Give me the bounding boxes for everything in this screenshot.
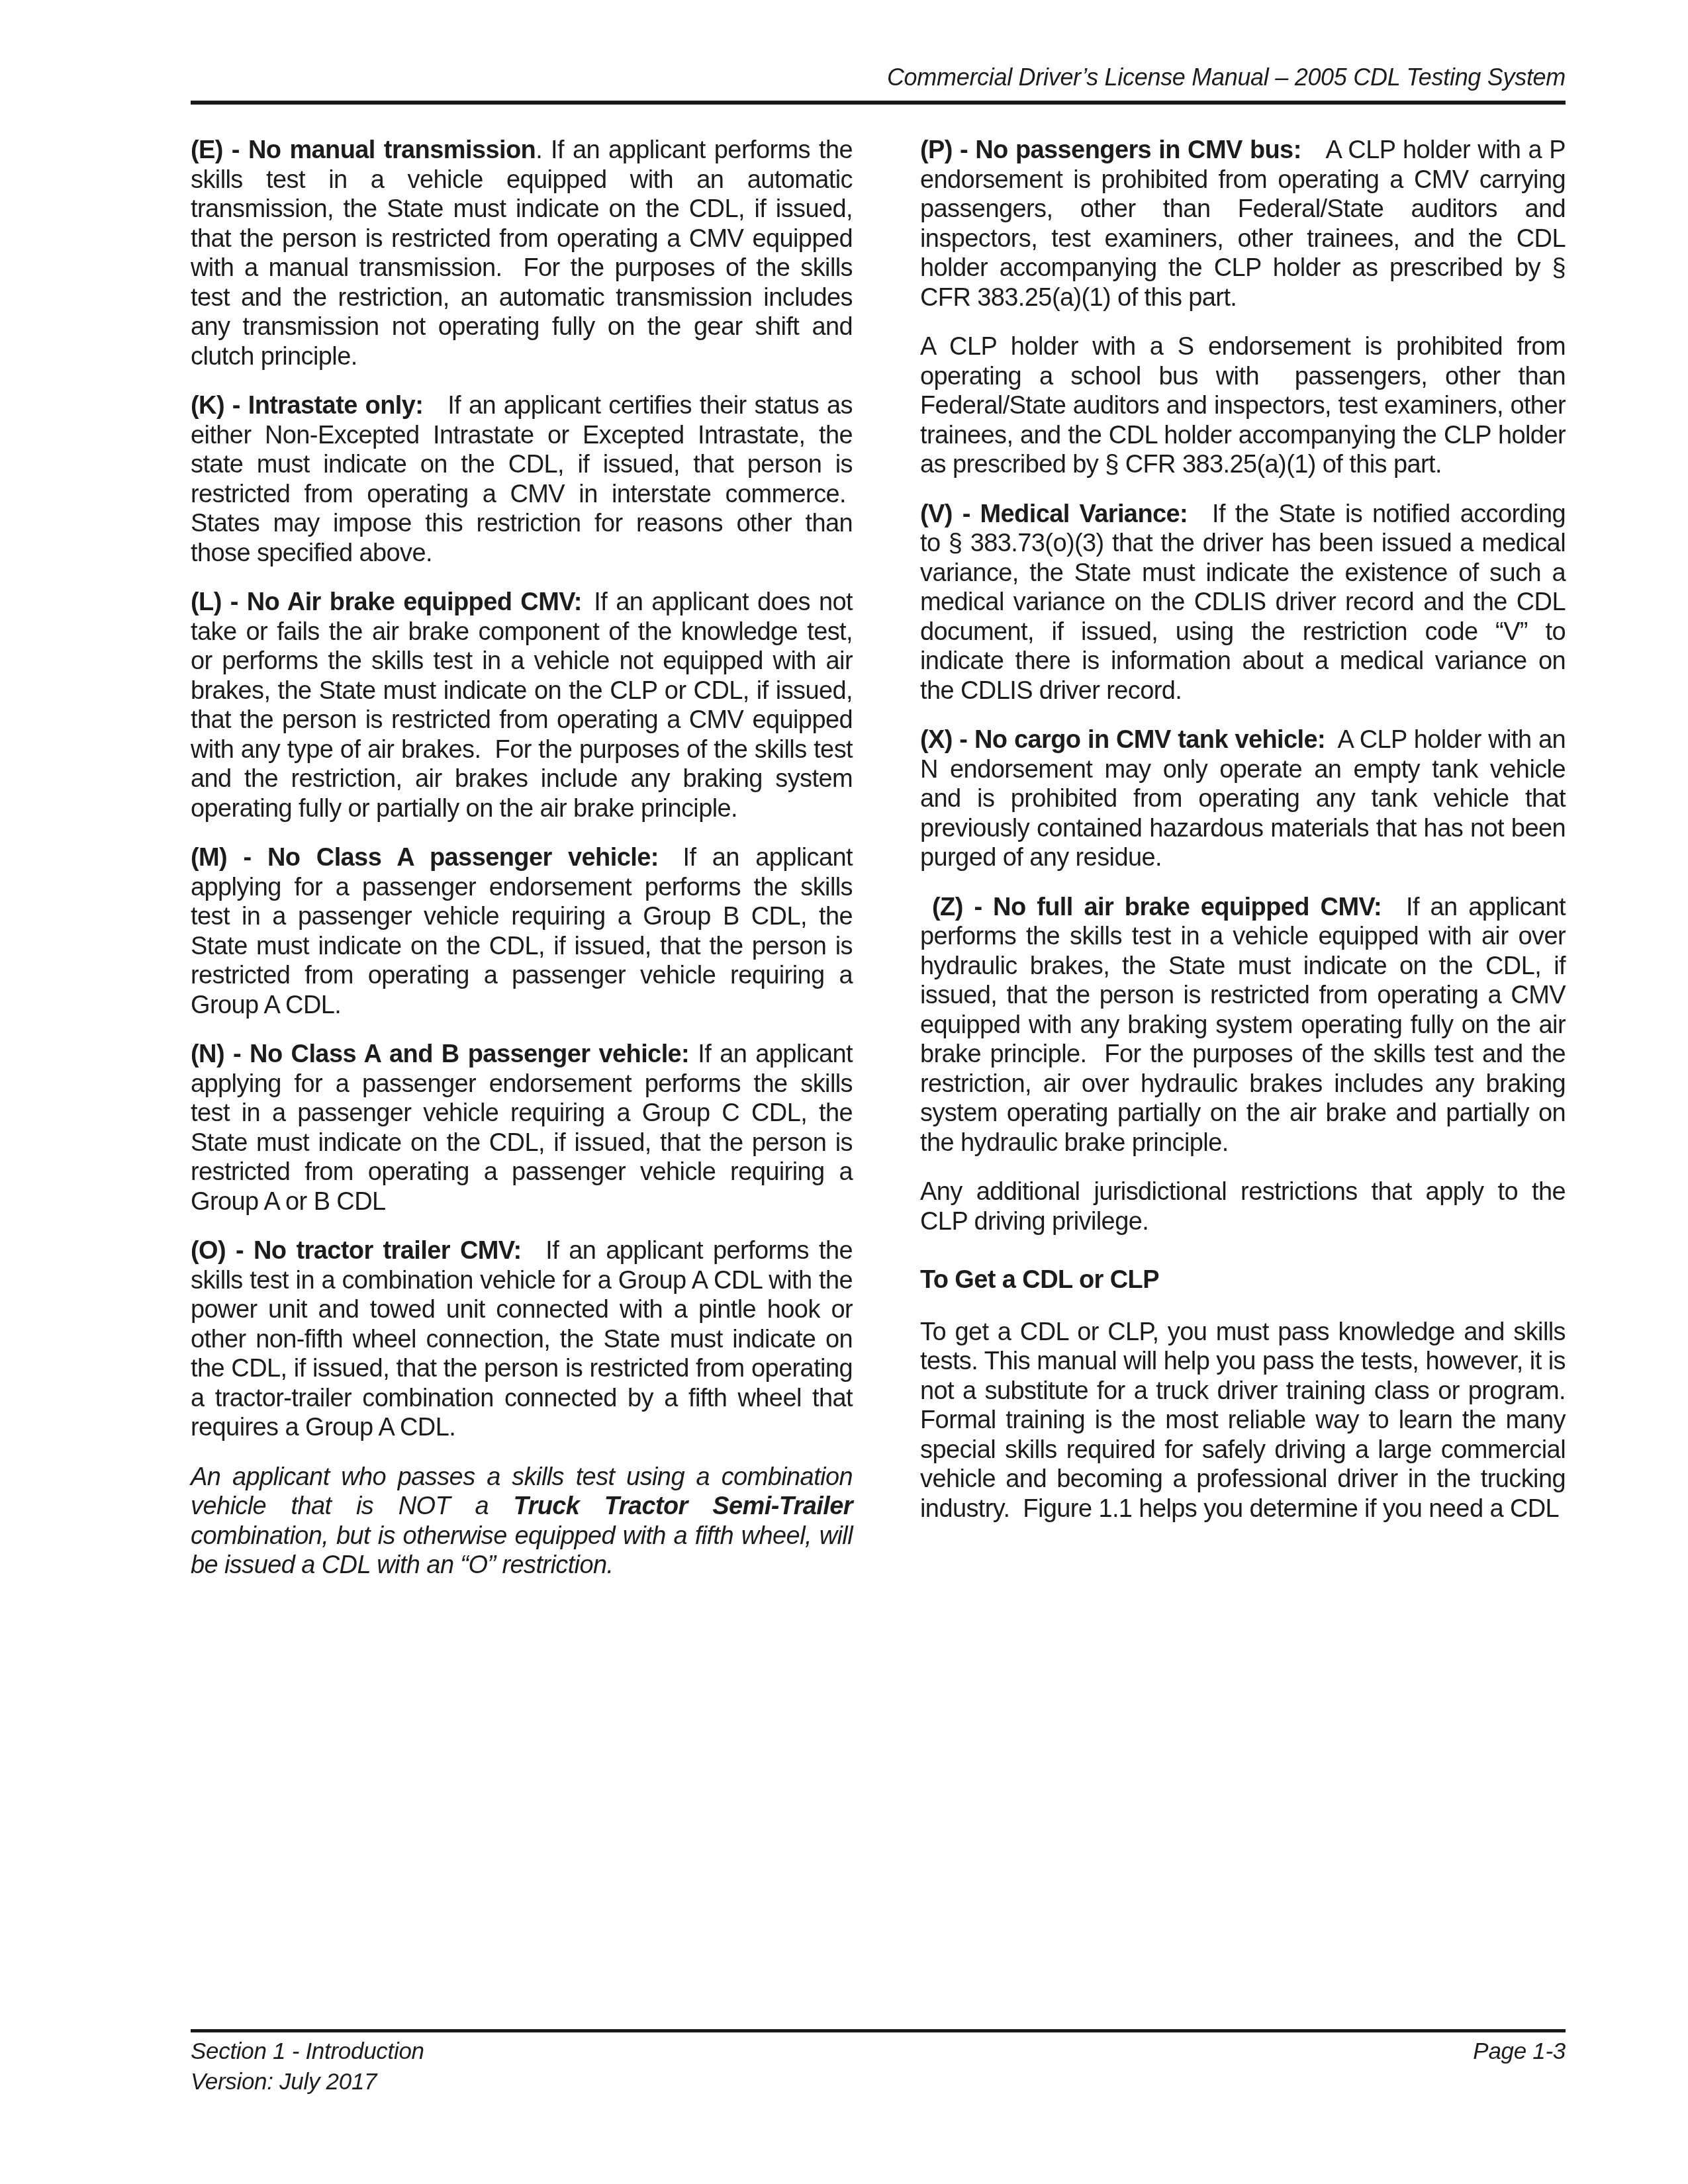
column-left: (E) - No manual transmission. If an appl… [191,136,853,1600]
paragraph: (L) - No Air brake equipped CMV: If an a… [191,588,853,823]
text-run: . If an applicant performs the skills te… [191,136,853,371]
page-footer: Section 1 - Introduction Page 1-3 [191,2038,1566,2065]
text-run: To Get a CDL or CLP [920,1266,1159,1294]
footer-section-label: Section 1 - Introduction [191,2038,424,2065]
paragraph: To get a CDL or CLP, you must pass knowl… [920,1318,1566,1524]
text-run: (L) - No Air brake equipped CMV: [191,588,582,616]
paragraph: (P) - No passengers in CMV bus: A CLP ho… [920,136,1566,312]
document-page: Commercial Driver’s License Manual – 200… [0,0,1688,2184]
paragraph: An applicant who passes a skills test us… [191,1463,853,1580]
text-run: (Z) - No full air brake equipped CMV: [932,893,1382,921]
paragraph: (Z) - No full air brake equipped CMV: If… [920,893,1566,1158]
text-run: (X) - No cargo in CMV tank vehicle: [920,726,1325,754]
text-run: (K) - Intrastate only: [191,392,423,420]
paragraph: (M) - No Class A passenger vehicle: If a… [191,843,853,1020]
text-run: If an applicant performs the skills test… [191,1237,853,1441]
text-run: A CLP holder with a S endorsement is pro… [920,333,1566,478]
text-run: If an applicant does not take or fails t… [191,588,853,823]
footer-version-label: Version: July 2017 [191,2069,985,2095]
text-run: Truck Tractor Semi-Trailer [514,1492,853,1520]
text-run: If an applicant performs the skills test… [920,893,1566,1157]
paragraph: A CLP holder with a S endorsement is pro… [920,332,1566,480]
text-run: (P) - No passengers in CMV bus: [920,136,1301,164]
paragraph: (X) - No cargo in CMV tank vehicle: A CL… [920,725,1566,873]
paragraph: (V) - Medical Variance: If the State is … [920,500,1566,706]
paragraph: (N) - No Class A and B passenger vehicle… [191,1040,853,1216]
paragraph: Any additional jurisdictional restrictio… [920,1177,1566,1236]
paragraph: (E) - No manual transmission. If an appl… [191,136,853,371]
paragraph: (K) - Intrastate only: If an applicant c… [191,391,853,568]
text-run: To get a CDL or CLP, you must pass knowl… [920,1318,1566,1523]
text-run: (V) - Medical Variance: [920,500,1188,528]
header-rule [191,101,1566,105]
page-header-title: Commercial Driver’s License Manual – 200… [191,64,1566,91]
text-run: (E) - No manual transmission [191,136,536,164]
text-run: (N) - No Class A and B passenger vehicle… [191,1040,689,1068]
paragraph: (O) - No tractor trailer CMV: If an appl… [191,1236,853,1443]
text-run: Any additional jurisdictional restrictio… [920,1178,1566,1236]
text-run: combination, but is otherwise equipped w… [191,1522,853,1580]
column-right: (P) - No passengers in CMV bus: A CLP ho… [920,136,1566,1543]
text-run: (O) - No tractor trailer CMV: [191,1237,522,1265]
text-run: If the State is notified according to § … [920,500,1566,705]
footer-page-number: Page 1-3 [1473,2038,1566,2065]
section-heading: To Get a CDL or CLP [920,1265,1566,1295]
text-run: (M) - No Class A passenger vehicle: [191,844,659,872]
footer-rule [191,2029,1566,2032]
